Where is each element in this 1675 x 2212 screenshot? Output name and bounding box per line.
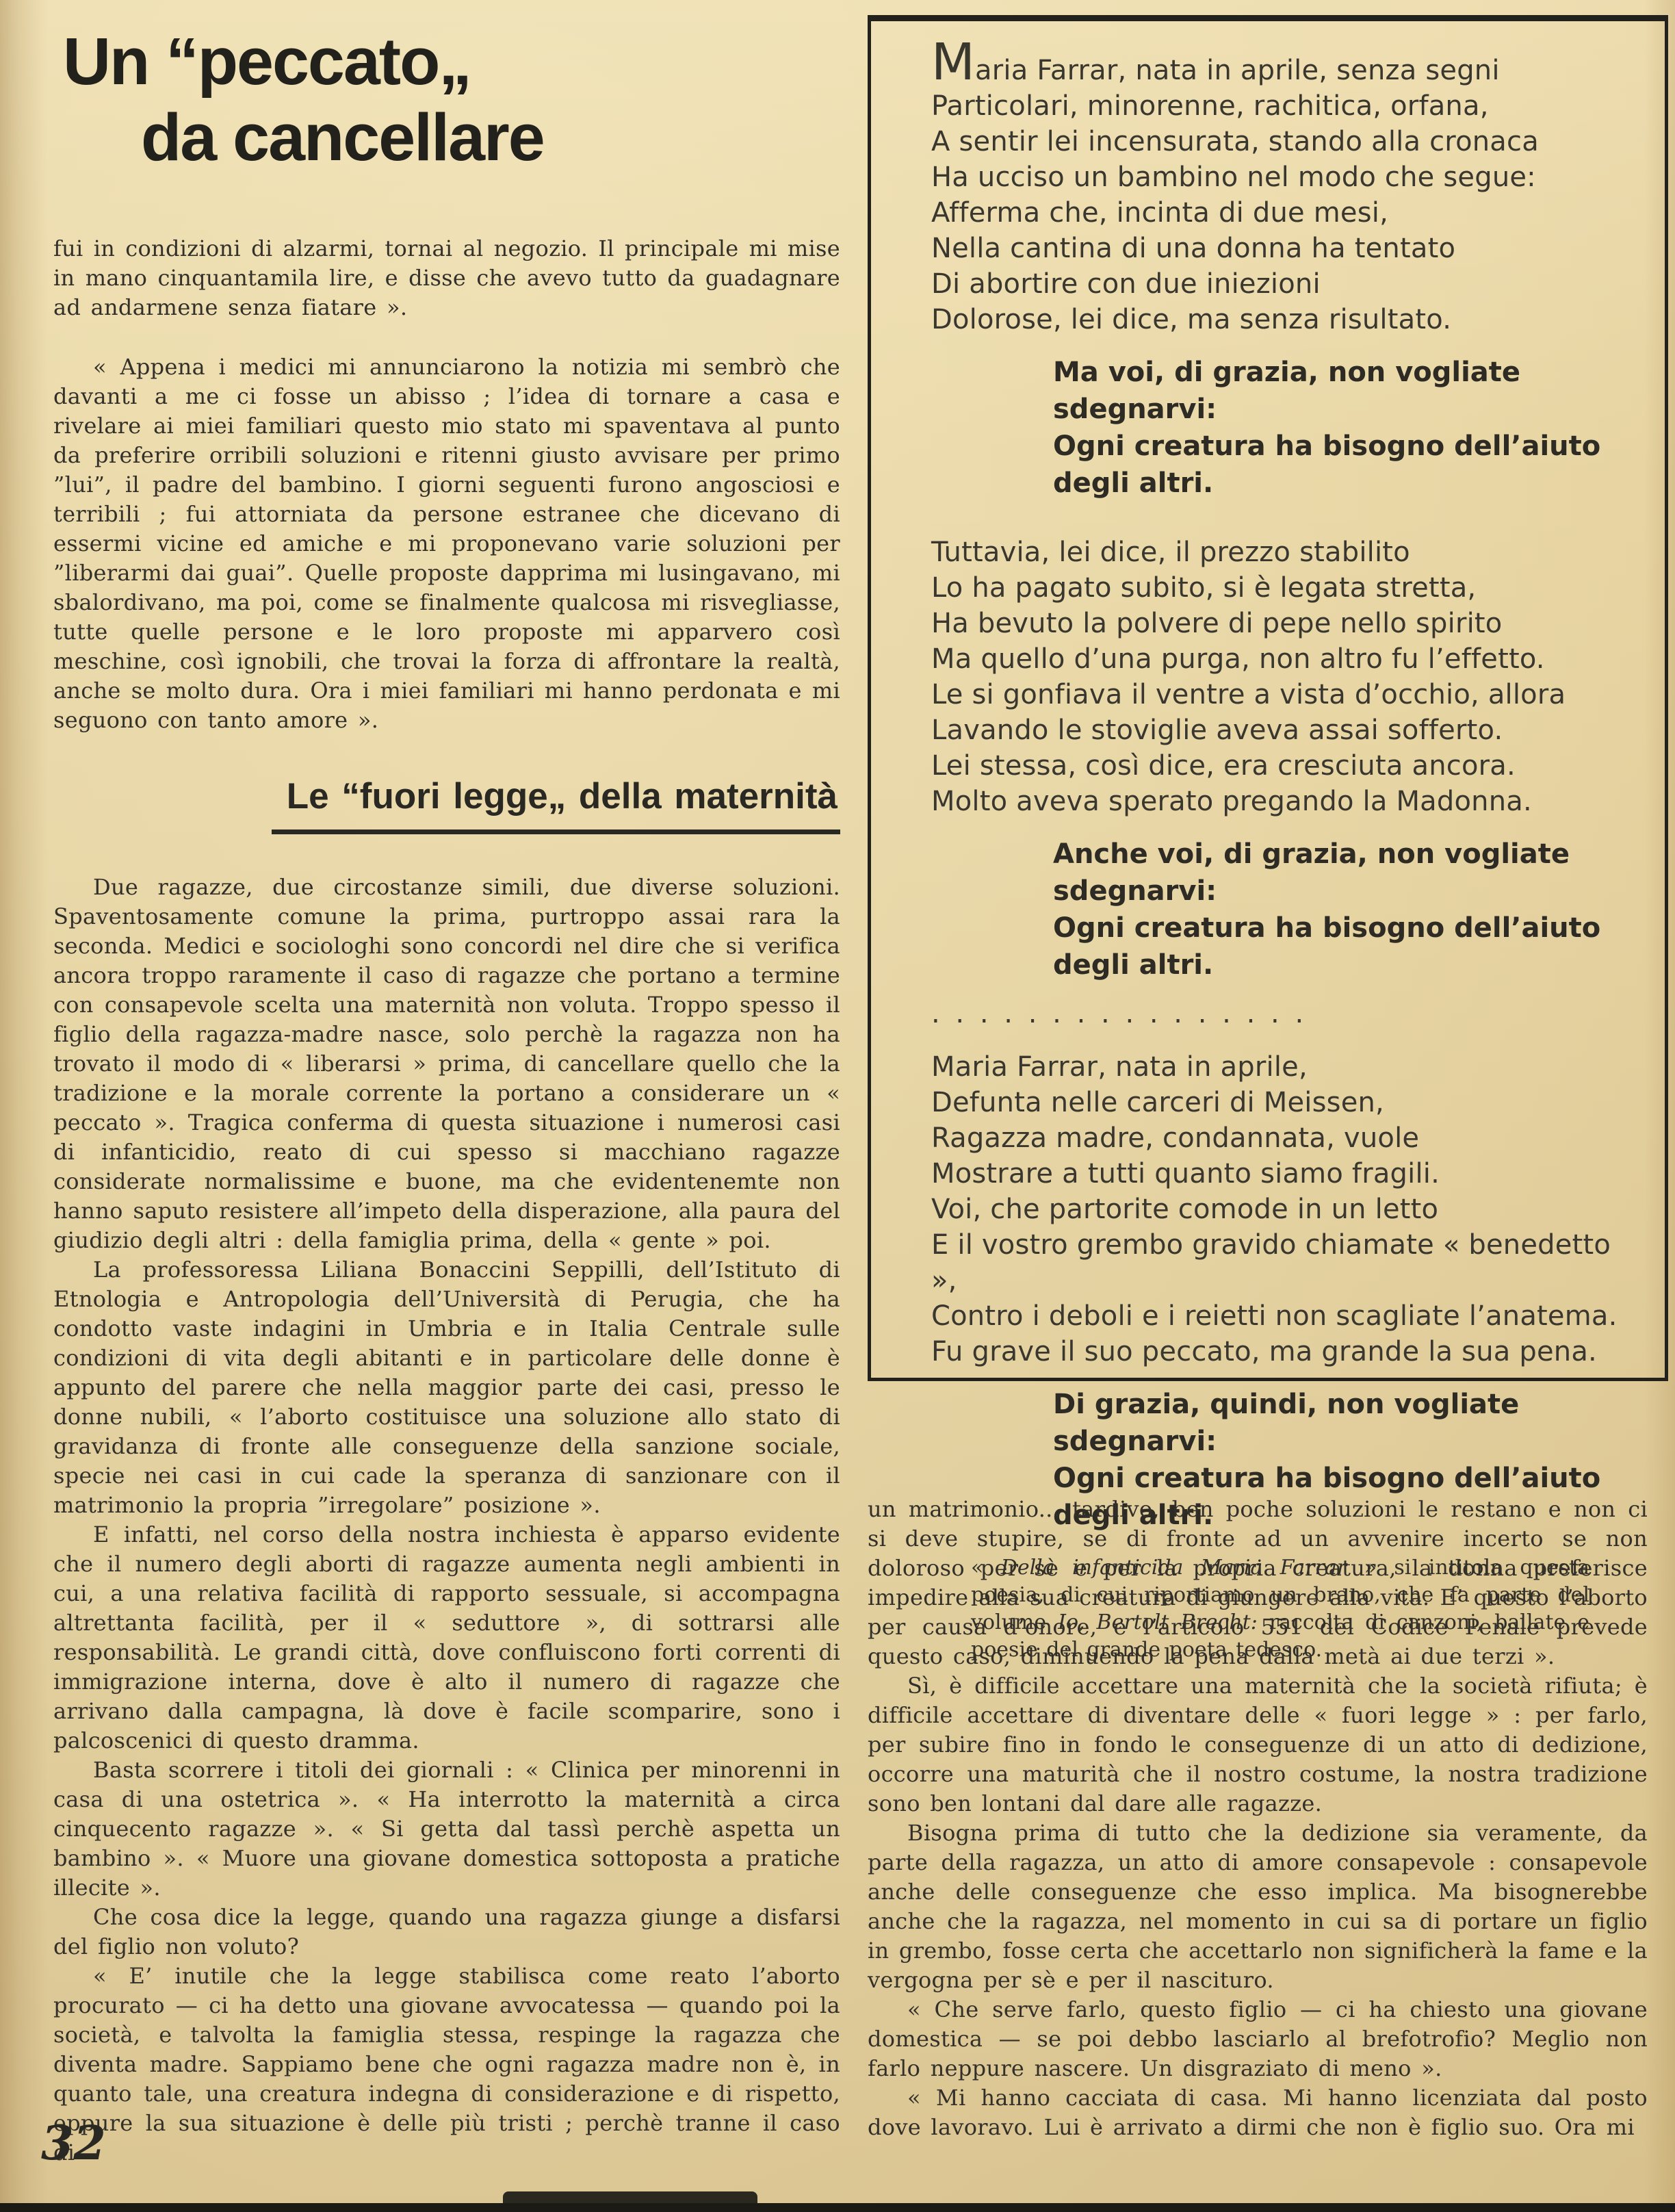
- continuation-paragraph: Bisogna prima di tutto che la dedizione …: [868, 1818, 1648, 1995]
- body-paragraph: Che cosa dice la legge, quando una ragaz…: [53, 1903, 840, 1962]
- magazine-page: Un “peccato„ da cancellare fui in condiz…: [0, 0, 1675, 2212]
- poem-ellipsis-row: . . . . . . . . . . . . . . . .: [931, 999, 1625, 1029]
- continuation-text: un matrimonio... tardivo, ben poche solu…: [868, 1495, 1648, 2142]
- left-column: Un “peccato„ da cancellare fui in condiz…: [53, 23, 840, 2168]
- right-column: Maria Farrar, nata in aprile, senza segn…: [868, 15, 1670, 2142]
- poem-stanza-2: Tuttavia, lei dice, il prezzo stabilito …: [931, 535, 1625, 819]
- poem-box: Maria Farrar, nata in aprile, senza segn…: [868, 15, 1668, 1381]
- poem-refrain-1: Ma voi, di grazia, non vogliate sdegnarv…: [1053, 354, 1625, 502]
- quote-paragraph: « Appena i medici mi annunciarono la not…: [53, 352, 840, 735]
- continuation-paragraph: « Mi hanno cacciata di casa. Mi hanno li…: [868, 2083, 1648, 2142]
- continuation-paragraph: un matrimonio... tardivo, ben poche solu…: [868, 1495, 1648, 1671]
- poem-stanza-1: Maria Farrar, nata in aprile, senza segn…: [931, 53, 1625, 337]
- article-body: fui in condizioni di alzarmi, tornai al …: [53, 234, 840, 2168]
- intro-paragraph: fui in condizioni di alzarmi, tornai al …: [53, 234, 840, 322]
- section-subheading: Le “fuori legge„ della maternità: [272, 776, 840, 834]
- body-paragraph: Basta scorrere i titoli dei giornali : «…: [53, 1756, 840, 1903]
- body-paragraph: Due ragazze, due circostanze simili, due…: [53, 873, 840, 1255]
- bottom-rule: [0, 2203, 1675, 2212]
- article-title-line-1: Un “peccato„: [63, 23, 840, 99]
- article-title: Un “peccato„ da cancellare: [53, 23, 840, 175]
- body-paragraph: E infatti, nel corso della nostra inchie…: [53, 1520, 840, 1756]
- page-number: 32: [41, 2116, 106, 2171]
- poem-stanza-3: Maria Farrar, nata in aprile, Defunta ne…: [931, 1049, 1625, 1369]
- body-paragraph: « E’ inutile che la legge stabilisca com…: [53, 1962, 840, 2168]
- article-title-line-2: da cancellare: [141, 99, 840, 175]
- poem-refrain-2: Anche voi, di grazia, non vogliate sdegn…: [1053, 836, 1625, 983]
- body-paragraph: La professoressa Liliana Bonaccini Seppi…: [53, 1255, 840, 1520]
- continuation-paragraph: « Che serve farlo, questo figlio — ci ha…: [868, 1995, 1648, 2083]
- continuation-paragraph: Sì, è difficile accettare una maternità …: [868, 1671, 1648, 1818]
